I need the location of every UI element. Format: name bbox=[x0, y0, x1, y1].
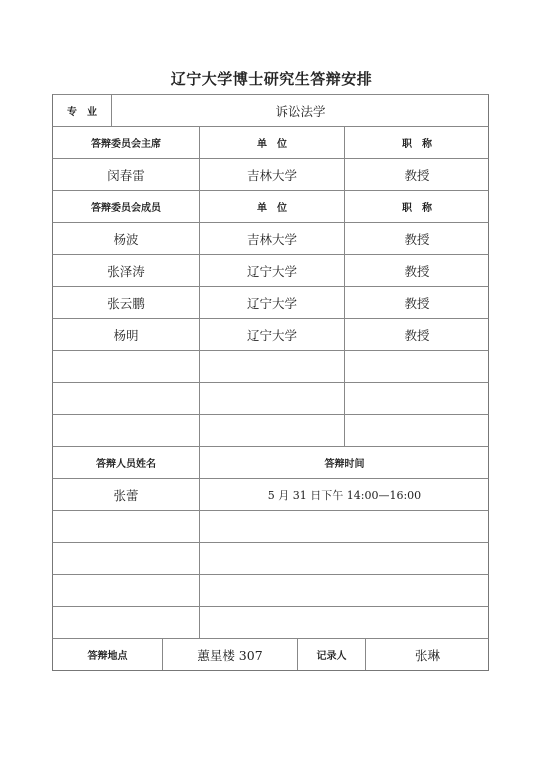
member-name: 杨波 bbox=[53, 223, 199, 254]
candidate-time: 5 月 31 日下午 14:00—16:00 bbox=[199, 479, 489, 510]
candidate-row bbox=[52, 574, 489, 606]
candidate-time bbox=[199, 543, 489, 574]
member-rank: 教授 bbox=[344, 255, 489, 286]
member-row: 杨波 吉林大学 教授 bbox=[52, 222, 489, 254]
recorder-label: 记录人 bbox=[297, 639, 365, 670]
location-value: 蕙星楼 307 bbox=[162, 639, 297, 670]
member-name: 张泽涛 bbox=[53, 255, 199, 286]
member-unit: 辽宁大学 bbox=[199, 319, 344, 350]
candidate-name-header: 答辩人员姓名 bbox=[53, 447, 199, 478]
candidates-header-row: 答辩人员姓名 答辩时间 bbox=[52, 446, 489, 478]
member-row bbox=[52, 414, 489, 446]
member-row: 张云鹏 辽宁大学 教授 bbox=[52, 286, 489, 318]
member-unit bbox=[199, 351, 344, 382]
members-role-header: 答辩委员会成员 bbox=[53, 191, 199, 222]
candidate-time bbox=[199, 607, 489, 638]
candidate-name bbox=[53, 511, 199, 542]
candidate-name bbox=[53, 575, 199, 606]
footer-row: 答辩地点 蕙星楼 307 记录人 张琳 bbox=[52, 638, 489, 671]
member-row bbox=[52, 382, 489, 414]
candidate-time bbox=[199, 575, 489, 606]
member-unit: 辽宁大学 bbox=[199, 287, 344, 318]
member-unit bbox=[199, 383, 344, 414]
chair-header-row: 答辩委员会主席 单 位 职 称 bbox=[52, 126, 489, 158]
member-name: 杨明 bbox=[53, 319, 199, 350]
member-row: 张泽涛 辽宁大学 教授 bbox=[52, 254, 489, 286]
member-row: 杨明 辽宁大学 教授 bbox=[52, 318, 489, 350]
major-row: 专 业 诉讼法学 bbox=[52, 94, 489, 126]
major-label: 专 业 bbox=[53, 95, 111, 126]
chair-role-header: 答辩委员会主席 bbox=[53, 127, 199, 158]
member-rank bbox=[344, 383, 489, 414]
member-rank: 教授 bbox=[344, 287, 489, 318]
candidate-time-header: 答辩时间 bbox=[199, 447, 489, 478]
recorder-value: 张琳 bbox=[365, 639, 489, 670]
location-label: 答辩地点 bbox=[53, 639, 162, 670]
members-unit-header: 单 位 bbox=[199, 191, 344, 222]
member-name bbox=[53, 383, 199, 414]
candidate-row bbox=[52, 606, 489, 638]
chair-unit-header: 单 位 bbox=[199, 127, 344, 158]
member-name: 张云鹏 bbox=[53, 287, 199, 318]
defense-schedule-table: 专 业 诉讼法学 答辩委员会主席 单 位 职 称 闵春雷 吉林大学 教授 答辩委… bbox=[52, 94, 489, 671]
chair-unit: 吉林大学 bbox=[199, 159, 344, 190]
member-row bbox=[52, 350, 489, 382]
candidate-name: 张蕾 bbox=[53, 479, 199, 510]
candidate-name bbox=[53, 543, 199, 574]
candidate-row bbox=[52, 510, 489, 542]
candidate-name bbox=[53, 607, 199, 638]
major-value: 诉讼法学 bbox=[111, 95, 489, 126]
member-unit bbox=[199, 415, 344, 446]
member-name bbox=[53, 415, 199, 446]
page-title: 辽宁大学博士研究生答辩安排 bbox=[0, 68, 543, 89]
chair-row: 闵春雷 吉林大学 教授 bbox=[52, 158, 489, 190]
candidate-row: 张蕾 5 月 31 日下午 14:00—16:00 bbox=[52, 478, 489, 510]
members-rank-header: 职 称 bbox=[344, 191, 489, 222]
member-unit: 吉林大学 bbox=[199, 223, 344, 254]
member-unit: 辽宁大学 bbox=[199, 255, 344, 286]
candidate-row bbox=[52, 542, 489, 574]
chair-rank: 教授 bbox=[344, 159, 489, 190]
candidate-time bbox=[199, 511, 489, 542]
members-header-row: 答辩委员会成员 单 位 职 称 bbox=[52, 190, 489, 222]
chair-rank-header: 职 称 bbox=[344, 127, 489, 158]
member-rank: 教授 bbox=[344, 319, 489, 350]
member-rank bbox=[344, 351, 489, 382]
member-rank: 教授 bbox=[344, 223, 489, 254]
member-name bbox=[53, 351, 199, 382]
chair-name: 闵春雷 bbox=[53, 159, 199, 190]
member-rank bbox=[344, 415, 489, 446]
